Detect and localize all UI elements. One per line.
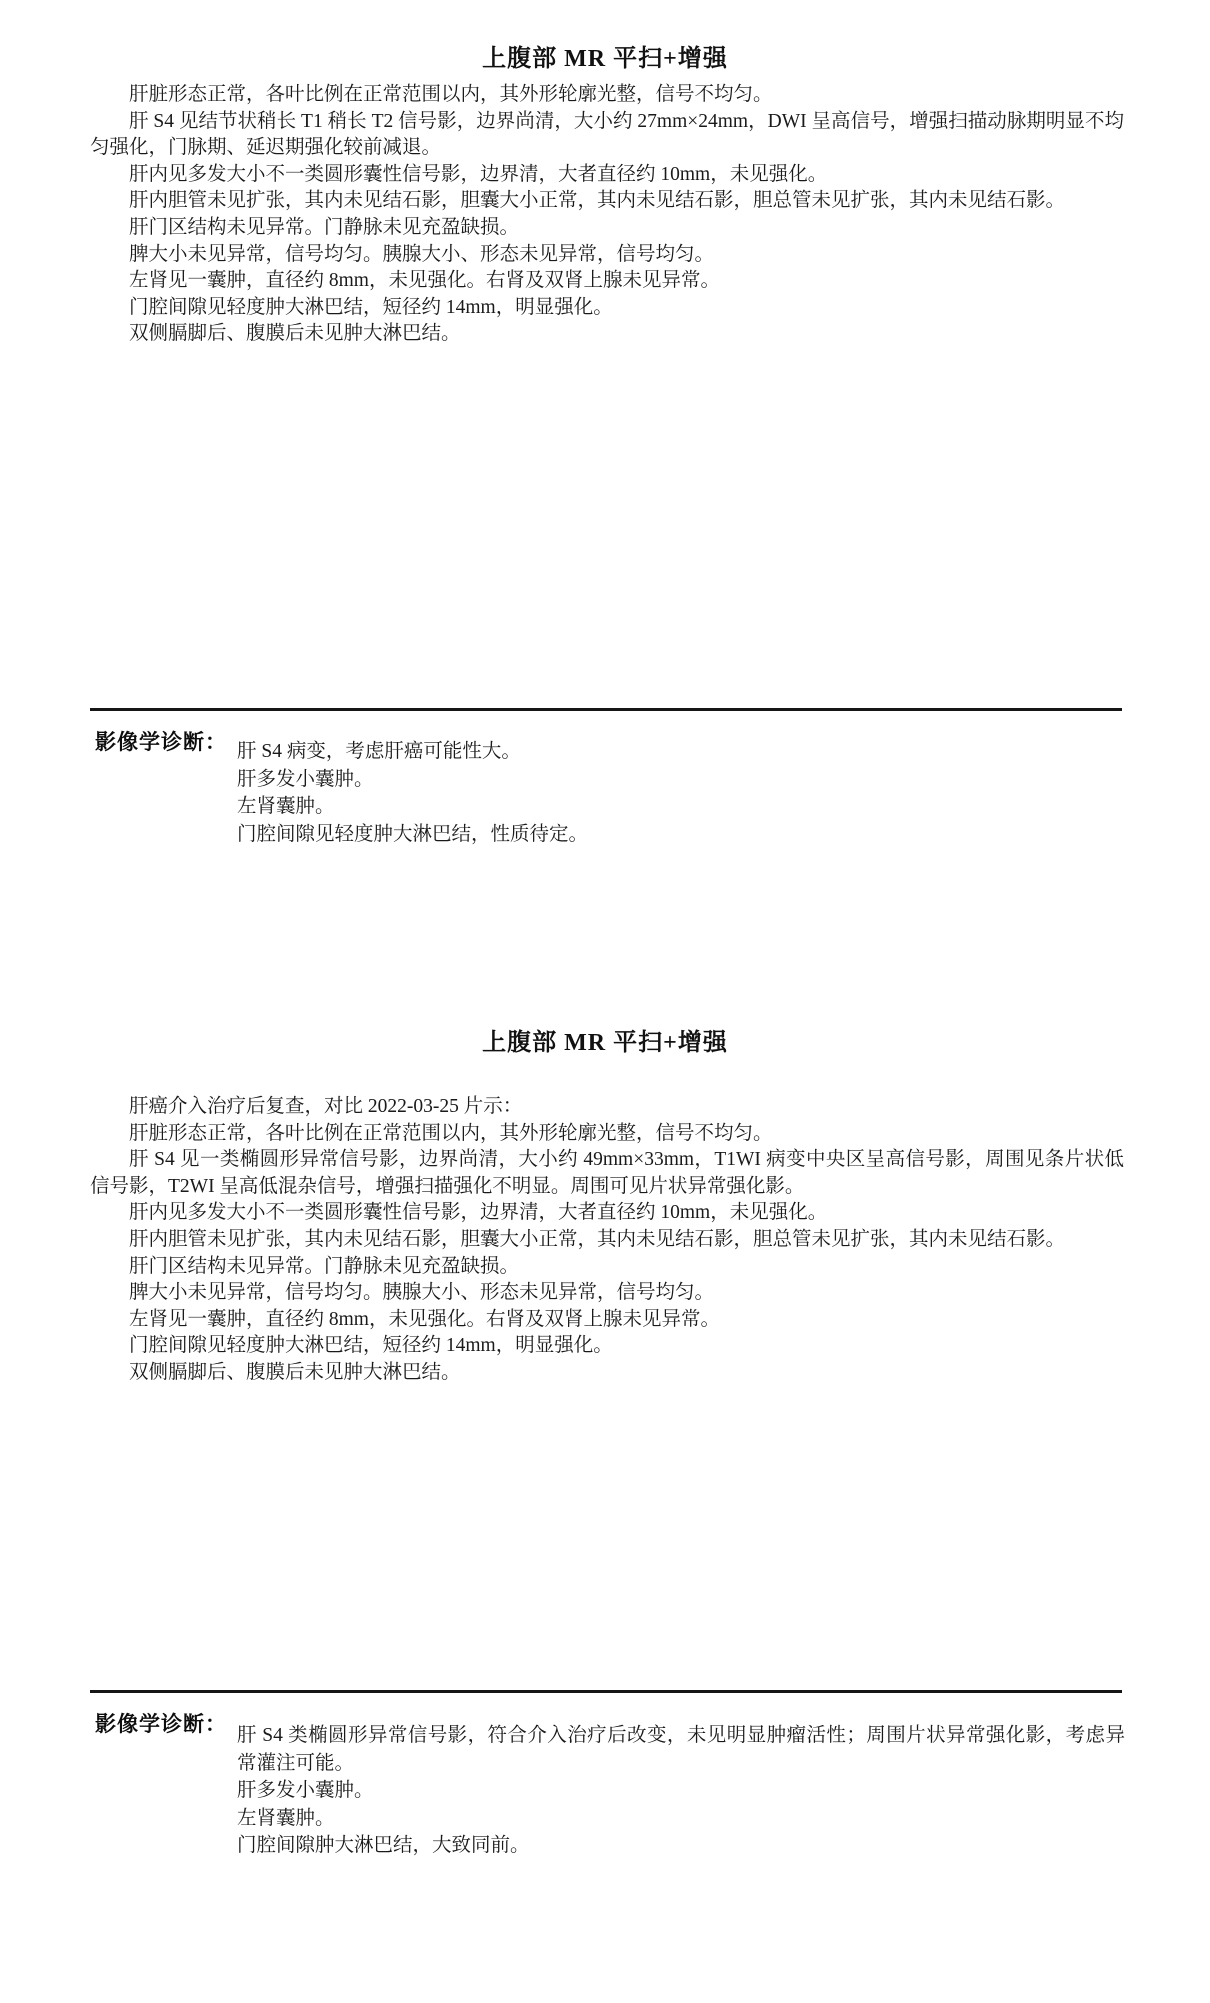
findings-paragraph: 双侧膈脚后、腹膜后未见肿大淋巴结。	[90, 1360, 1124, 1387]
findings-paragraph: 肝门区结构未见异常。门静脉未见充盈缺损。	[90, 215, 1124, 242]
diagnosis-line: 肝 S4 类椭圆形异常信号影，符合介入治疗后改变，未见明显肿瘤活性；周围片状异常…	[237, 1722, 1125, 1777]
diagnosis-line: 肝多发小囊肿。	[237, 1777, 1125, 1805]
diagnosis-line: 左肾囊肿。	[237, 793, 1125, 821]
diagnosis-line: 门腔间隙肿大淋巴结，大致同前。	[237, 1832, 1125, 1860]
report1-findings: 肝脏形态正常，各叶比例在正常范围以内，其外形轮廓光整，信号不均匀。 肝 S4 见…	[90, 82, 1124, 348]
findings-paragraph: 肝 S4 见一类椭圆形异常信号影，边界尚清，大小约 49mm×33mm，T1WI…	[90, 1147, 1124, 1200]
section-divider	[90, 1690, 1122, 1693]
findings-paragraph: 门腔间隙见轻度肿大淋巴结，短径约 14mm，明显强化。	[90, 295, 1124, 322]
report2-diagnosis: 肝 S4 类椭圆形异常信号影，符合介入治疗后改变，未见明显肿瘤活性；周围片状异常…	[237, 1722, 1125, 1860]
findings-paragraph: 门腔间隙见轻度肿大淋巴结，短径约 14mm，明显强化。	[90, 1333, 1124, 1360]
report2-diagnosis-label: 影像学诊断：	[95, 1708, 227, 1738]
diagnosis-line: 左肾囊肿。	[237, 1805, 1125, 1833]
findings-paragraph: 肝内胆管未见扩张，其内未见结石影，胆囊大小正常，其内未见结石影，胆总管未见扩张，…	[90, 188, 1124, 215]
findings-paragraph: 肝门区结构未见异常。门静脉未见充盈缺损。	[90, 1254, 1124, 1281]
radiology-report-page: 上腹部 MR 平扫+增强 肝脏形态正常，各叶比例在正常范围以内，其外形轮廓光整，…	[0, 0, 1210, 2003]
diagnosis-line: 门腔间隙见轻度肿大淋巴结，性质待定。	[237, 821, 1125, 849]
report2-title: 上腹部 MR 平扫+增强	[0, 1022, 1210, 1057]
findings-paragraph: 肝脏形态正常，各叶比例在正常范围以内，其外形轮廓光整，信号不均匀。	[90, 82, 1124, 109]
diagnosis-line: 肝 S4 病变，考虑肝癌可能性大。	[237, 738, 1125, 766]
report2-findings: 肝癌介入治疗后复查，对比 2022-03-25 片示： 肝脏形态正常，各叶比例在…	[90, 1094, 1124, 1387]
findings-paragraph: 肝脏形态正常，各叶比例在正常范围以内，其外形轮廓光整，信号不均匀。	[90, 1121, 1124, 1148]
findings-paragraph: 肝内见多发大小不一类圆形囊性信号影，边界清，大者直径约 10mm，未见强化。	[90, 1200, 1124, 1227]
findings-paragraph: 肝内胆管未见扩张，其内未见结石影，胆囊大小正常，其内未见结石影，胆总管未见扩张，…	[90, 1227, 1124, 1254]
report1-diagnosis-label: 影像学诊断：	[95, 726, 227, 756]
findings-paragraph: 肝 S4 见结节状稍长 T1 稍长 T2 信号影，边界尚清，大小约 27mm×2…	[90, 109, 1124, 162]
findings-paragraph: 肝内见多发大小不一类圆形囊性信号影，边界清，大者直径约 10mm，未见强化。	[90, 162, 1124, 189]
findings-paragraph: 双侧膈脚后、腹膜后未见肿大淋巴结。	[90, 321, 1124, 348]
findings-paragraph: 脾大小未见异常，信号均匀。胰腺大小、形态未见异常，信号均匀。	[90, 242, 1124, 269]
section-divider	[90, 708, 1122, 711]
diagnosis-line: 肝多发小囊肿。	[237, 766, 1125, 794]
findings-paragraph: 左肾见一囊肿，直径约 8mm，未见强化。右肾及双肾上腺未见异常。	[90, 268, 1124, 295]
findings-paragraph: 肝癌介入治疗后复查，对比 2022-03-25 片示：	[90, 1094, 1124, 1121]
findings-paragraph: 左肾见一囊肿，直径约 8mm，未见强化。右肾及双肾上腺未见异常。	[90, 1307, 1124, 1334]
report1-title: 上腹部 MR 平扫+增强	[0, 38, 1210, 73]
findings-paragraph: 脾大小未见异常，信号均匀。胰腺大小、形态未见异常，信号均匀。	[90, 1280, 1124, 1307]
report1-diagnosis: 肝 S4 病变，考虑肝癌可能性大。 肝多发小囊肿。 左肾囊肿。 门腔间隙见轻度肿…	[237, 738, 1125, 848]
